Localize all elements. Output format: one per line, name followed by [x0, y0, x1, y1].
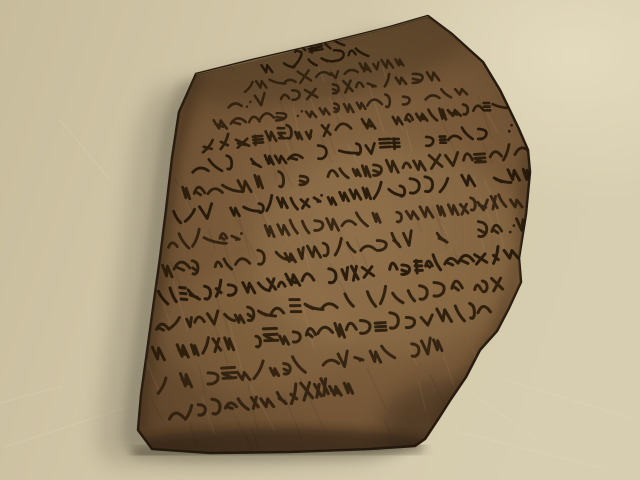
ostracon-photograph: [0, 0, 640, 480]
scene-svg: [0, 0, 640, 480]
